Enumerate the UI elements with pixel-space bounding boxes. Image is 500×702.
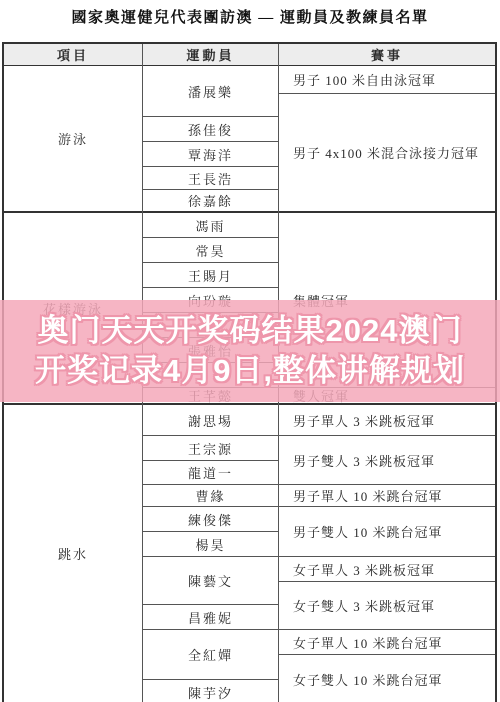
athlete-cell: 全紅嬋 (143, 630, 278, 680)
athlete-cell: 昌雅妮 (143, 605, 278, 630)
athlete-cell: 潘展樂 (143, 66, 278, 117)
athlete-cell: 馮雨 (143, 213, 278, 238)
column-header-event: 賽事 (279, 44, 495, 66)
athlete-cell: 練俊傑 (143, 507, 278, 532)
event-cell: 男子單人 10 米跳台冠軍 (279, 485, 495, 507)
athlete-cell: 王賜月 (143, 263, 278, 288)
column-header-sport: 項目 (4, 44, 142, 66)
event-cell: 男子單人 3 米跳板冠軍 (279, 405, 495, 436)
athlete-cell: 龍道一 (143, 461, 278, 485)
athlete-cell: 陳芋汐 (143, 680, 278, 702)
athlete-cell: 孫佳俊 (143, 117, 278, 142)
event-cell: 女子雙人 3 米跳板冠軍 (279, 582, 495, 630)
watermark-overlay-band: 奥门天天开奖码结果2024澳门 开奖记录4月9日,整体讲解规划 (0, 300, 500, 402)
athlete-cell: 常昊 (143, 238, 278, 263)
athlete-cell: 楊昊 (143, 532, 278, 557)
event-cell: 男子雙人 10 米跳台冠軍 (279, 507, 495, 557)
watermark-text-line2: 开奖记录4月9日,整体讲解规划 (35, 354, 465, 388)
athlete-cell: 曹緣 (143, 485, 278, 507)
athlete-cell: 陳藝文 (143, 557, 278, 605)
sport-cell-swimming: 游泳 (4, 66, 142, 213)
athlete-cell: 王長浩 (143, 167, 278, 190)
athlete-cell: 謝思埸 (143, 405, 278, 436)
event-cell: 女子單人 3 米跳板冠軍 (279, 557, 495, 582)
event-cell: 男子雙人 3 米跳板冠軍 (279, 436, 495, 485)
watermark-text-line1: 奥门天天开奖码结果2024澳门 (38, 314, 463, 348)
page-title: 國家奧運健兒代表團訪澳 — 運動員及教練員名單 (0, 6, 500, 27)
athlete-cell: 覃海洋 (143, 142, 278, 167)
event-cell: 女子雙人 10 米跳台冠軍 (279, 655, 495, 702)
event-cell: 男子 4x100 米混合泳接力冠軍 (279, 94, 495, 213)
column-header-athlete: 運動員 (143, 44, 278, 66)
athlete-cell: 徐嘉餘 (143, 190, 278, 213)
sport-cell-diving: 跳水 (4, 405, 142, 702)
event-cell: 男子 100 米自由泳冠軍 (279, 66, 495, 94)
athlete-cell: 王宗源 (143, 436, 278, 461)
event-cell: 女子單人 10 米跳台冠軍 (279, 630, 495, 655)
